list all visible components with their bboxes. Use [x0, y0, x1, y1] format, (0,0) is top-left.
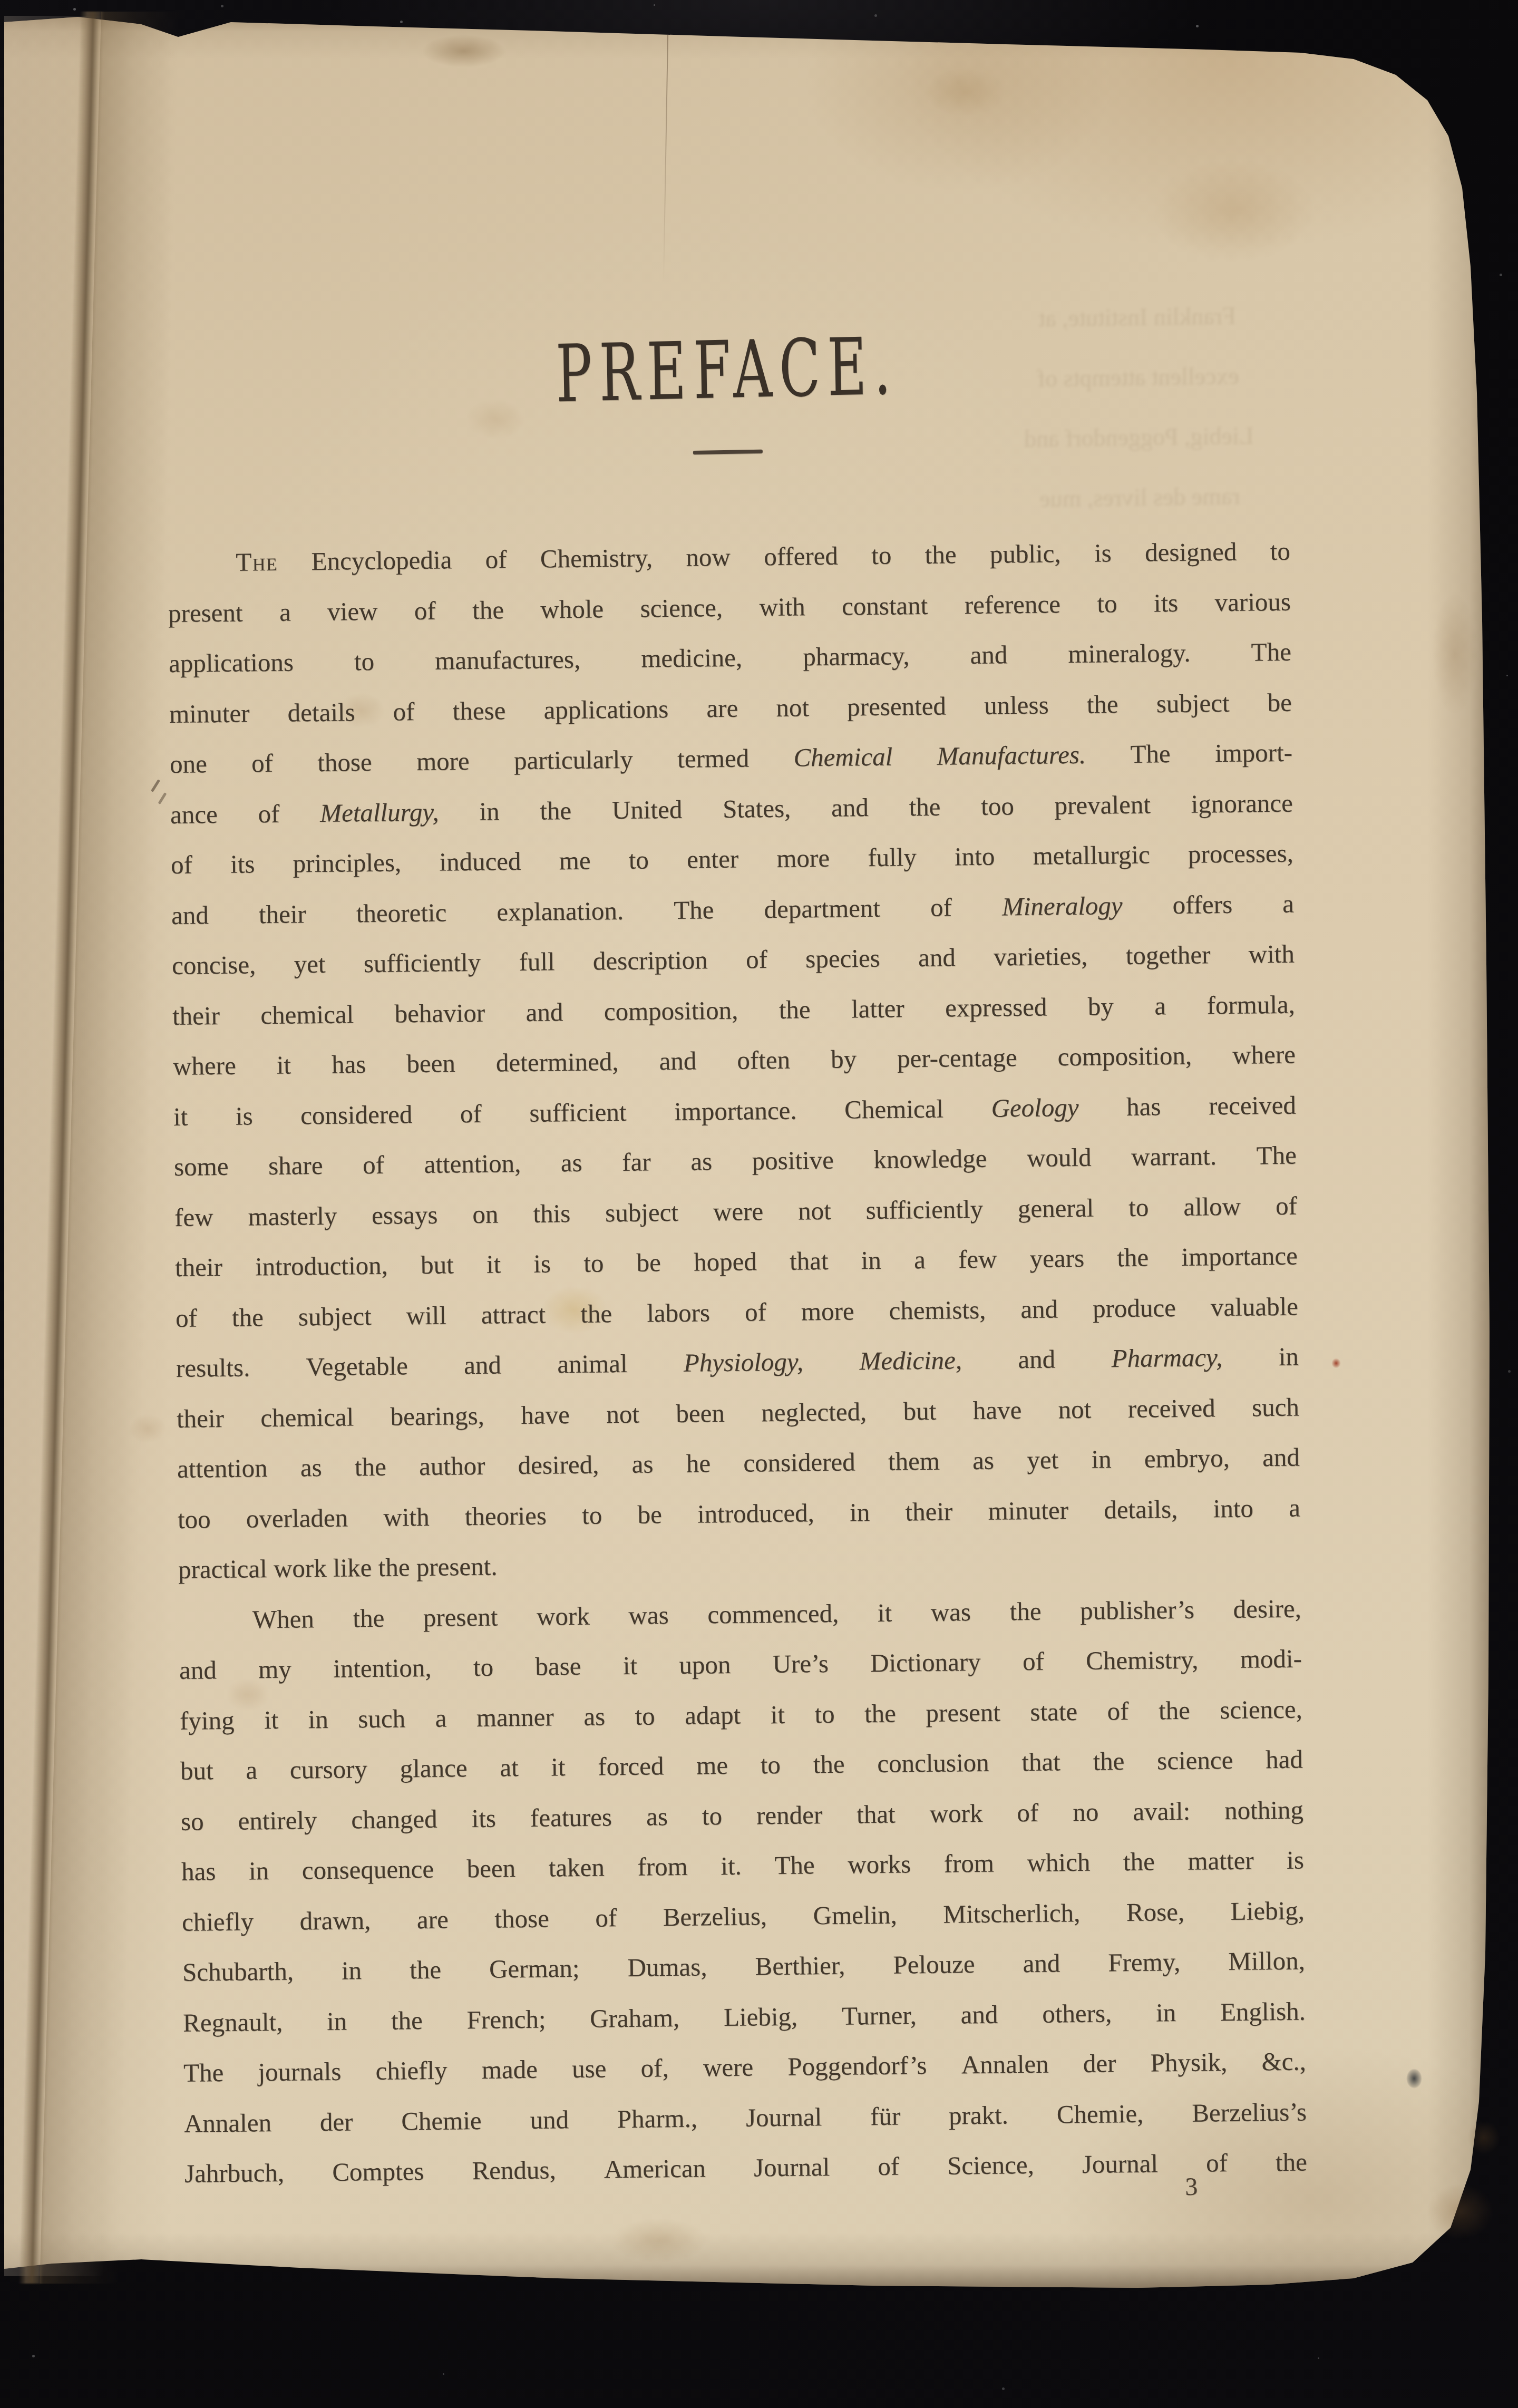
- word: the: [909, 781, 941, 832]
- word: Gmelin,: [813, 1889, 897, 1940]
- word: their: [905, 1486, 953, 1537]
- word: Journal: [1082, 2138, 1158, 2189]
- word: Fremy,: [1108, 1937, 1181, 1988]
- word: work: [929, 1788, 983, 1839]
- word: of: [746, 934, 768, 985]
- word: enter: [687, 834, 739, 885]
- word: chemists,: [889, 1284, 986, 1335]
- word: glance: [400, 1743, 468, 1794]
- word: was: [930, 1587, 971, 1637]
- word: Pharm.,: [617, 2093, 697, 2144]
- word: that: [1021, 1736, 1060, 1787]
- word: the: [1158, 1685, 1190, 1735]
- word: science,: [640, 582, 723, 633]
- word: Chemical: [793, 732, 893, 783]
- word: prevalent: [1054, 779, 1151, 830]
- word: from: [943, 1838, 994, 1889]
- word: too: [981, 781, 1015, 831]
- word: received: [1208, 1080, 1296, 1131]
- word: sufficiently: [865, 1183, 983, 1235]
- stain: [1413, 2172, 1507, 2251]
- word: is: [1287, 1835, 1305, 1886]
- word: not: [776, 682, 810, 733]
- word: der: [1083, 2038, 1116, 2089]
- word: and: [1023, 1938, 1060, 1988]
- word: its: [230, 839, 255, 889]
- word: Annalen: [961, 2039, 1049, 2090]
- word: such: [1252, 1382, 1300, 1432]
- word: the: [864, 1688, 897, 1739]
- word: masterly: [248, 1190, 337, 1241]
- word: to: [628, 834, 649, 885]
- word: in: [479, 786, 500, 837]
- word: Regnault,: [183, 1996, 283, 2047]
- word: embryo,: [1144, 1433, 1230, 1484]
- word: a: [1282, 878, 1295, 929]
- word: details,: [1104, 1484, 1178, 1535]
- word: desire,: [1233, 1583, 1301, 1634]
- word: author: [419, 1441, 485, 1492]
- word: present: [926, 1687, 1000, 1738]
- word: The: [236, 537, 278, 587]
- word: import-: [1214, 727, 1292, 779]
- word: the: [391, 1995, 423, 2046]
- word: behavior: [394, 987, 485, 1038]
- word: composition,: [1057, 1031, 1192, 1082]
- word: induced: [439, 836, 521, 887]
- word: their: [172, 990, 220, 1041]
- word: Physik,: [1150, 2037, 1228, 2088]
- word: Rose,: [1126, 1886, 1184, 1937]
- word: Encyclopedia: [311, 535, 452, 586]
- word: and: [1262, 1432, 1300, 1483]
- word: has: [1126, 1081, 1161, 1132]
- word: had: [1266, 1734, 1303, 1785]
- word: has: [181, 1846, 216, 1897]
- word: explanation.: [497, 885, 624, 937]
- word: will: [406, 1290, 446, 1341]
- word: no: [1073, 1786, 1099, 1837]
- word: has: [332, 1039, 366, 1090]
- word: Mitscherlich,: [943, 1887, 1081, 1939]
- word: results.: [176, 1342, 250, 1393]
- word: When: [252, 1594, 314, 1645]
- word: forced: [598, 1741, 664, 1792]
- word: few: [958, 1234, 997, 1285]
- word: of: [1017, 1787, 1039, 1838]
- word: of: [1206, 2138, 1228, 2188]
- word: determined,: [495, 1036, 619, 1088]
- title-divider: [693, 450, 763, 454]
- word: been: [406, 1038, 455, 1089]
- word: Manufactures.: [937, 730, 1086, 781]
- word: knowledge: [873, 1133, 987, 1185]
- word: Journal: [746, 2092, 822, 2143]
- word: details: [287, 687, 355, 738]
- word: avail:: [1133, 1785, 1191, 1837]
- word: that: [789, 1236, 828, 1286]
- word: concise,: [172, 939, 256, 991]
- word: the: [1009, 1586, 1042, 1636]
- word: more: [801, 1286, 854, 1337]
- word: of: [1023, 1636, 1045, 1687]
- word: Jahrbuch,: [184, 2148, 285, 2199]
- word: works: [848, 1839, 911, 1890]
- word: sufficiently: [363, 937, 481, 989]
- stain: [1423, 569, 1486, 738]
- word: prakt.: [949, 2090, 1009, 2141]
- word: Pharmacy,: [1111, 1332, 1223, 1384]
- word: der: [319, 2096, 353, 2147]
- word: more: [776, 833, 830, 884]
- word: Poggendorf’s: [787, 2040, 927, 2092]
- word: to: [1128, 1182, 1149, 1232]
- word: be: [636, 1237, 661, 1288]
- word: and: [918, 932, 956, 983]
- word: science,: [1220, 1684, 1302, 1735]
- paragraph: Whenthepresentworkwascommenced,itwasthep…: [179, 1583, 1308, 2199]
- word: and: [659, 1036, 697, 1086]
- body-text: TheEncyclopediaofChemistry,nowofferedtot…: [168, 526, 1308, 2199]
- word: offers: [1172, 879, 1232, 930]
- word: and: [1020, 1284, 1058, 1334]
- word: others,: [1042, 1988, 1112, 2039]
- word: expressed: [945, 982, 1047, 1033]
- word: more: [416, 736, 470, 787]
- word: are: [416, 1894, 449, 1945]
- word: in: [1091, 1434, 1112, 1484]
- word: of: [258, 788, 280, 839]
- word: received: [1127, 1383, 1215, 1434]
- word: ignorance: [1191, 778, 1293, 829]
- word: latter: [851, 983, 905, 1034]
- word: in: [342, 1945, 362, 1996]
- word: full: [519, 936, 555, 987]
- word: into: [954, 831, 995, 882]
- word: journals: [258, 2046, 342, 2098]
- word: but: [180, 1745, 214, 1796]
- word: warrant.: [1131, 1131, 1217, 1182]
- word: Millon,: [1228, 1936, 1306, 1987]
- word: the: [580, 1288, 612, 1339]
- word: conclusion: [877, 1737, 989, 1789]
- word: für: [870, 2091, 901, 2141]
- word: The: [674, 885, 714, 935]
- word: desired,: [518, 1440, 599, 1491]
- word: metallurgic: [1033, 830, 1150, 881]
- word: Mineralogy: [1001, 880, 1123, 932]
- word: introduction,: [255, 1240, 388, 1292]
- stain: [1117, 137, 1349, 285]
- word: medicine,: [641, 633, 743, 684]
- word: it: [622, 1640, 637, 1691]
- word: the: [540, 785, 572, 836]
- indent-spacer: [168, 571, 202, 571]
- word: with: [383, 1491, 430, 1542]
- word: drawn,: [299, 1895, 371, 1946]
- word: its: [1153, 577, 1178, 628]
- word: these: [452, 685, 506, 736]
- word: of: [363, 1140, 385, 1190]
- word: description: [592, 935, 708, 986]
- word: and: [970, 629, 1008, 680]
- word: department: [764, 882, 880, 934]
- word: overladen: [246, 1492, 348, 1544]
- word: Ure’s: [772, 1638, 829, 1690]
- word: in: [1156, 1987, 1176, 2038]
- word: of: [485, 534, 507, 585]
- word: on: [472, 1189, 499, 1239]
- word: yet: [1027, 1434, 1059, 1485]
- word: to: [473, 1642, 493, 1693]
- word: with: [759, 581, 805, 632]
- word: of: [171, 840, 193, 890]
- word: fully: [868, 832, 917, 882]
- word: processes,: [1188, 828, 1293, 880]
- word: consequence: [301, 1844, 434, 1896]
- word: the: [1117, 1232, 1149, 1283]
- word: together: [1125, 929, 1211, 980]
- word: cursory: [289, 1744, 367, 1795]
- word: minuter: [988, 1485, 1068, 1536]
- word: the: [472, 585, 504, 635]
- word: the: [1275, 2137, 1307, 2188]
- word: with: [1248, 929, 1295, 979]
- word: be: [1267, 677, 1292, 727]
- word: not: [798, 1185, 832, 1236]
- paragraph: TheEncyclopediaofChemistry,nowofferedtot…: [168, 526, 1301, 1595]
- stain: [590, 2209, 727, 2272]
- word: and: [1018, 1334, 1056, 1384]
- word: far: [622, 1137, 651, 1187]
- word: years: [1029, 1233, 1084, 1284]
- word: their: [175, 1242, 223, 1293]
- word: in: [1278, 1332, 1299, 1382]
- word: subject: [298, 1291, 372, 1342]
- word: subject: [605, 1187, 679, 1238]
- word: Pelouze: [893, 1939, 975, 1990]
- word: fying: [180, 1695, 235, 1746]
- word: Graham,: [590, 1992, 680, 2043]
- word: and: [960, 1989, 998, 2040]
- word: from: [637, 1841, 688, 1892]
- word: whole: [540, 584, 604, 635]
- scanned-book-page: Franklin Institute, atexcellent attempts…: [0, 0, 1518, 2408]
- word: be: [637, 1489, 662, 1540]
- word: to: [354, 636, 374, 687]
- word: yet: [294, 939, 326, 989]
- word: in: [850, 1487, 870, 1538]
- word: science: [1157, 1735, 1233, 1786]
- stain: [121, 1407, 174, 1450]
- word: as: [631, 1439, 654, 1489]
- word: a: [246, 1745, 258, 1795]
- word: me: [696, 1740, 728, 1791]
- word: Vegetable: [306, 1341, 408, 1392]
- word: labors: [647, 1287, 711, 1338]
- word: would: [1027, 1132, 1092, 1183]
- word: and: [179, 1645, 217, 1695]
- word: pharmacy,: [803, 630, 910, 682]
- word: Liebig,: [1230, 1885, 1305, 1936]
- word: Chemistry,: [540, 532, 653, 584]
- word: manner: [476, 1692, 554, 1743]
- word: considered: [300, 1089, 413, 1141]
- word: chiefly: [375, 2045, 447, 2096]
- word: of: [251, 738, 274, 789]
- word: not: [1058, 1384, 1092, 1434]
- word: it: [551, 1742, 566, 1792]
- word: changed: [351, 1793, 437, 1844]
- word: applications: [169, 637, 294, 688]
- word: to: [1097, 578, 1117, 629]
- word: and: [831, 782, 869, 833]
- word: were: [703, 2042, 753, 2093]
- word: and: [526, 987, 563, 1037]
- word: often: [737, 1035, 791, 1086]
- word: to: [582, 1490, 602, 1540]
- word: its: [471, 1793, 496, 1843]
- word: Turner,: [841, 1990, 917, 2041]
- word: of: [595, 1892, 617, 1943]
- word: applications: [543, 684, 669, 735]
- word: species: [805, 933, 880, 984]
- word: Chemie,: [1056, 2088, 1144, 2139]
- word: offered: [764, 531, 839, 582]
- word: of: [1107, 1686, 1129, 1736]
- word: the: [813, 1739, 845, 1790]
- word: Dumas,: [627, 1941, 707, 1993]
- word: present: [423, 1591, 498, 1643]
- word: to: [583, 1238, 604, 1288]
- word: some: [174, 1141, 229, 1192]
- word: &c.,: [1261, 2036, 1306, 2087]
- word: English.: [1220, 1986, 1306, 2037]
- word: in: [308, 1694, 328, 1744]
- word: of: [414, 585, 436, 636]
- word: those: [317, 737, 372, 788]
- word: public,: [989, 528, 1061, 579]
- word: not: [606, 1389, 640, 1439]
- word: Chemical: [844, 1083, 944, 1134]
- word: render: [756, 1790, 823, 1841]
- word: upon: [679, 1639, 731, 1691]
- word: produce: [1093, 1283, 1176, 1334]
- word: Journal: [754, 2142, 830, 2193]
- word: attract: [481, 1289, 546, 1340]
- word: chiefly: [182, 1896, 254, 1947]
- word: my: [258, 1644, 292, 1695]
- word: Science,: [947, 2140, 1035, 2191]
- word: of: [1276, 1180, 1298, 1231]
- word: made: [481, 2044, 538, 2095]
- word: theoretic: [356, 887, 446, 938]
- word: it.: [721, 1841, 742, 1891]
- word: The: [774, 1840, 815, 1890]
- word: to: [760, 1740, 781, 1790]
- word: hoped: [694, 1236, 757, 1287]
- word: their: [258, 889, 306, 939]
- word: composition,: [604, 985, 738, 1036]
- word: to: [1270, 526, 1290, 577]
- word: by: [831, 1034, 857, 1084]
- word: a: [914, 1235, 926, 1285]
- word: commenced,: [707, 1588, 839, 1639]
- word: the: [353, 1593, 385, 1643]
- word: in: [249, 1846, 269, 1896]
- word: one: [170, 739, 208, 789]
- word: Chemie: [401, 2095, 482, 2146]
- word: The: [1256, 1130, 1297, 1181]
- word: a: [279, 587, 291, 637]
- word: he: [686, 1438, 711, 1489]
- word: Berzelius,: [663, 1891, 767, 1943]
- stain: [406, 28, 522, 74]
- word: essays: [372, 1189, 438, 1240]
- word: Schubarth,: [182, 1946, 294, 1998]
- word: of: [878, 2141, 900, 2192]
- word: those: [494, 1893, 549, 1944]
- stain: [907, 58, 1023, 127]
- dust-specks: [0, 0, 2, 2]
- word: Liebig,: [724, 1991, 798, 2042]
- word: as: [560, 1138, 582, 1188]
- word: of: [460, 1088, 482, 1139]
- stain: [1460, 2114, 1507, 2161]
- word: neglected,: [761, 1386, 867, 1438]
- word: but: [903, 1385, 937, 1436]
- word: minuter: [169, 688, 250, 739]
- word: it: [276, 1040, 291, 1091]
- word: as: [300, 1442, 322, 1493]
- word: modi-: [1240, 1634, 1302, 1685]
- word: as: [583, 1691, 606, 1742]
- word: to: [702, 1791, 722, 1841]
- word: the: [779, 984, 811, 1035]
- word: view: [327, 586, 378, 636]
- word: manufactures,: [435, 634, 581, 686]
- word: and: [464, 1339, 502, 1390]
- word: designed: [1145, 527, 1237, 578]
- word: German;: [489, 1943, 580, 1994]
- word: Dictionary: [870, 1637, 981, 1688]
- ink-blot: [1406, 2069, 1422, 2089]
- word: so: [181, 1796, 205, 1847]
- word: this: [533, 1188, 571, 1239]
- word: The: [1130, 729, 1171, 779]
- word: chemical: [260, 1392, 354, 1443]
- word: the: [925, 529, 957, 580]
- word: have: [521, 1390, 570, 1440]
- word: were: [713, 1186, 763, 1237]
- word: such: [358, 1693, 406, 1744]
- word: publisher’s: [1080, 1584, 1195, 1636]
- word: Physiology,: [683, 1336, 803, 1388]
- word: is: [1094, 528, 1112, 578]
- word: French;: [466, 1994, 546, 2045]
- word: as: [690, 1136, 713, 1187]
- word: general: [1017, 1182, 1094, 1234]
- word: subject: [1156, 677, 1230, 729]
- word: valuable: [1210, 1281, 1298, 1332]
- word: and: [171, 890, 209, 940]
- word: at: [500, 1742, 519, 1793]
- word: have: [972, 1385, 1021, 1435]
- word: of: [744, 1287, 766, 1337]
- word: Berzelius’s: [1192, 2086, 1307, 2138]
- word: of: [930, 882, 952, 933]
- word: termed: [677, 733, 750, 784]
